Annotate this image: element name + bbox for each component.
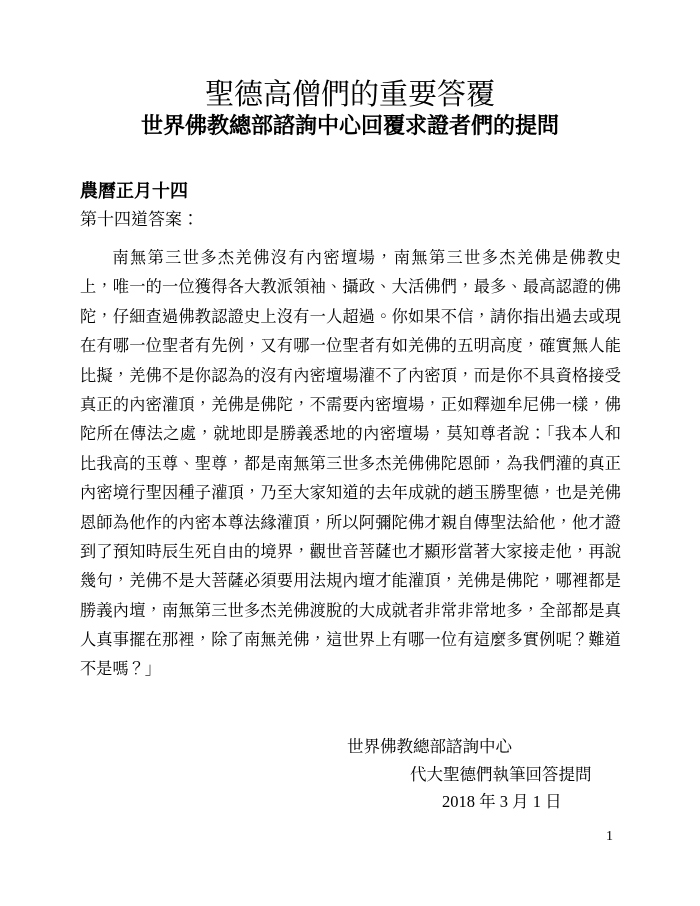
section-header-lunar-date: 農曆正月十四 [80, 177, 188, 205]
body-line: 上，唯一的一位獲得各大教派領袖、攝政、大活佛們，最多、最高認證的佛 [80, 273, 621, 302]
body-line: 比擬，羌佛不是你認為的沒有內密壇場灌不了內密頂，而是你不具資格接受 [80, 362, 621, 391]
signature-signer: 代大聖德們執筆回答提問 [80, 761, 621, 789]
body-line: 幾句，羌佛不是大菩薩必須要用法規內壇才能灌頂，羌佛是佛陀，哪裡都是 [80, 567, 621, 596]
signature-organization: 世界佛教總部諮詢中心 [80, 733, 621, 761]
page-number: 1 [606, 828, 613, 846]
body-line: 不是嗎？」 [80, 655, 621, 684]
answer-body-paragraph: 南無第三世多杰羌佛沒有內密壇場，南無第三世多杰羌佛是佛教史 上，唯一的一位獲得各… [80, 244, 621, 685]
body-line: 內密境行聖因種子灌頂，乃至大家知道的去年成就的趙玉勝聖德，也是羌佛 [80, 479, 621, 508]
signature-date: 2018 年 3 月 1 日 [80, 788, 621, 816]
body-line: 南無第三世多杰羌佛沒有內密壇場，南無第三世多杰羌佛是佛教史 [80, 244, 621, 273]
body-line: 勝義內壇，南無第三世多杰羌佛渡脫的大成就者非常非常地多，全部都是真 [80, 597, 621, 626]
signature-block: 世界佛教總部諮詢中心 代大聖德們執筆回答提問 2018 年 3 月 1 日 [80, 733, 621, 816]
body-line: 陀所在傳法之處，就地即是勝義悉地的內密壇場，莫知尊者說：「我本人和 [80, 420, 621, 449]
body-line: 陀，仔細查過佛教認證史上沒有一人超過。你如果不信，請你指出過去或現 [80, 303, 621, 332]
body-line: 人真事擺在那裡，除了南無羌佛，這世界上有哪一位有這麼多實例呢？難道 [80, 626, 621, 655]
body-line: 到了預知時辰生死自由的境界，觀世音菩薩也才顯形當著大家接走他，再說 [80, 538, 621, 567]
answer-number-label: 第十四道答案： [80, 206, 199, 234]
body-line: 比我高的玉尊、聖尊，都是南無第三世多杰羌佛佛陀恩師，為我們灌的真正 [80, 450, 621, 479]
document-title: 聖德高僧們的重要答覆 [0, 77, 700, 113]
document-page: 聖德高僧們的重要答覆 世界佛教總部諮詢中心回覆求證者們的提問 農曆正月十四 第十… [0, 0, 700, 906]
body-line: 真正的內密灌頂，羌佛是佛陀，不需要內密壇場，正如釋迦牟尼佛一樣，佛 [80, 391, 621, 420]
body-line: 在有哪一位聖者有先例，又有哪一位聖者有如羌佛的五明高度，確實無人能 [80, 332, 621, 361]
document-subtitle: 世界佛教總部諮詢中心回覆求證者們的提問 [0, 113, 700, 139]
body-line: 恩師為他作的內密本尊法緣灌頂，所以阿彌陀佛才親自傳聖法給他，他才證 [80, 509, 621, 538]
